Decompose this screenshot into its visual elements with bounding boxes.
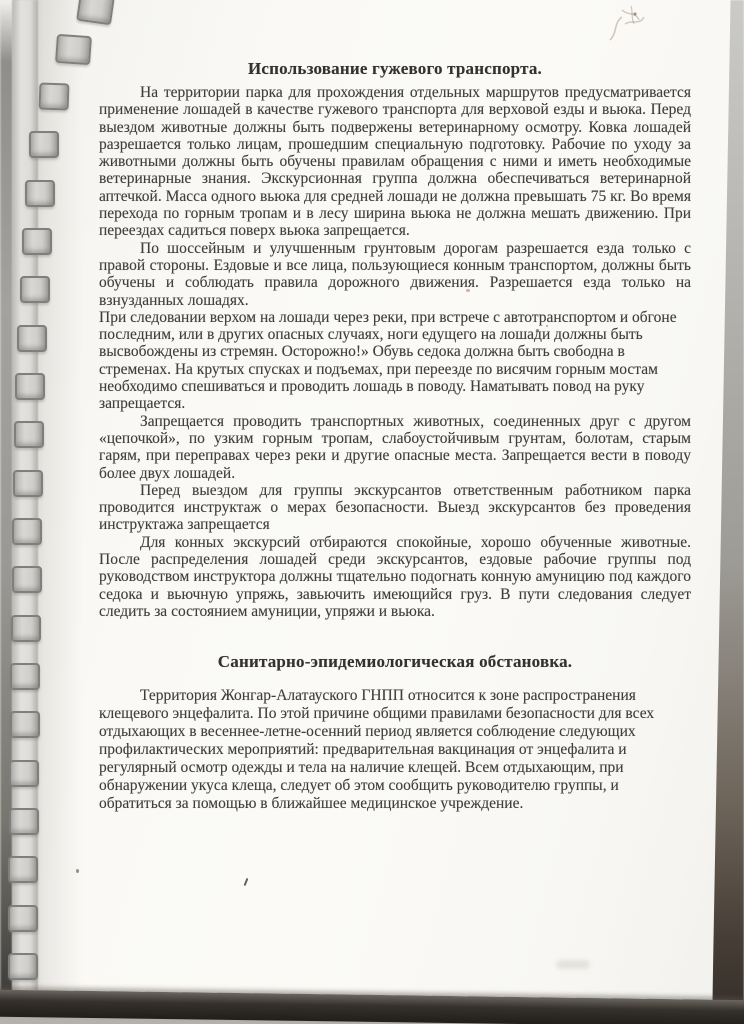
binding-comb-tab <box>29 131 59 158</box>
scan-speck <box>556 960 590 969</box>
body-paragraph: При следовании верхом на лошади через ре… <box>99 309 691 413</box>
binding-comb-tab <box>55 34 92 65</box>
binding-comb-tab <box>10 711 40 738</box>
binding-comb-tab <box>8 856 38 883</box>
body-paragraph: Запрещается проводить транспортных живот… <box>99 413 691 482</box>
body-paragraph: Территория Жонгар-Алатауского ГНПП относ… <box>99 687 691 812</box>
scanned-page: Использование гужевого транспорта. На те… <box>0 0 744 1024</box>
binding-comb-tab <box>9 808 39 835</box>
binding-comb-tab <box>13 470 43 497</box>
binding-comb-tab <box>9 760 39 787</box>
binding-comb-tab <box>10 663 40 690</box>
binding-comb-tab <box>15 373 45 400</box>
body-paragraph: По шоссейным и улучшенным грунтовым доро… <box>99 240 691 309</box>
section-title-transport: Использование гужевого транспорта. <box>99 58 691 79</box>
binding-comb-tab <box>8 905 38 932</box>
document-content: Использование гужевого транспорта. На те… <box>99 58 691 813</box>
binding-comb-tab <box>25 180 55 207</box>
page-right-edge-shadow <box>712 0 744 1024</box>
binding-comb-tab <box>20 276 50 303</box>
body-paragraph: Перед выездом для группы экскурсантов от… <box>99 482 691 534</box>
body-paragraph: На территории парка для прохождения отде… <box>99 84 691 240</box>
pencil-smudge-mark <box>598 0 668 55</box>
section-title-sanitary: Санитарно-эпидемиологическая обстановка. <box>99 651 691 672</box>
binding-comb-tab <box>12 518 42 545</box>
binding-comb-tab <box>17 325 47 352</box>
binding-comb-tab <box>11 615 41 642</box>
binding-comb-tab <box>14 421 44 448</box>
body-paragraph: Для конных экскурсий отбираются спокойны… <box>99 534 691 620</box>
binding-comb-tab <box>22 228 52 255</box>
binding-comb-tab <box>39 82 70 110</box>
scan-speck <box>244 878 249 886</box>
binding-comb-tab <box>12 566 42 593</box>
scan-speck <box>76 869 79 873</box>
binding-comb-tab <box>8 953 38 980</box>
